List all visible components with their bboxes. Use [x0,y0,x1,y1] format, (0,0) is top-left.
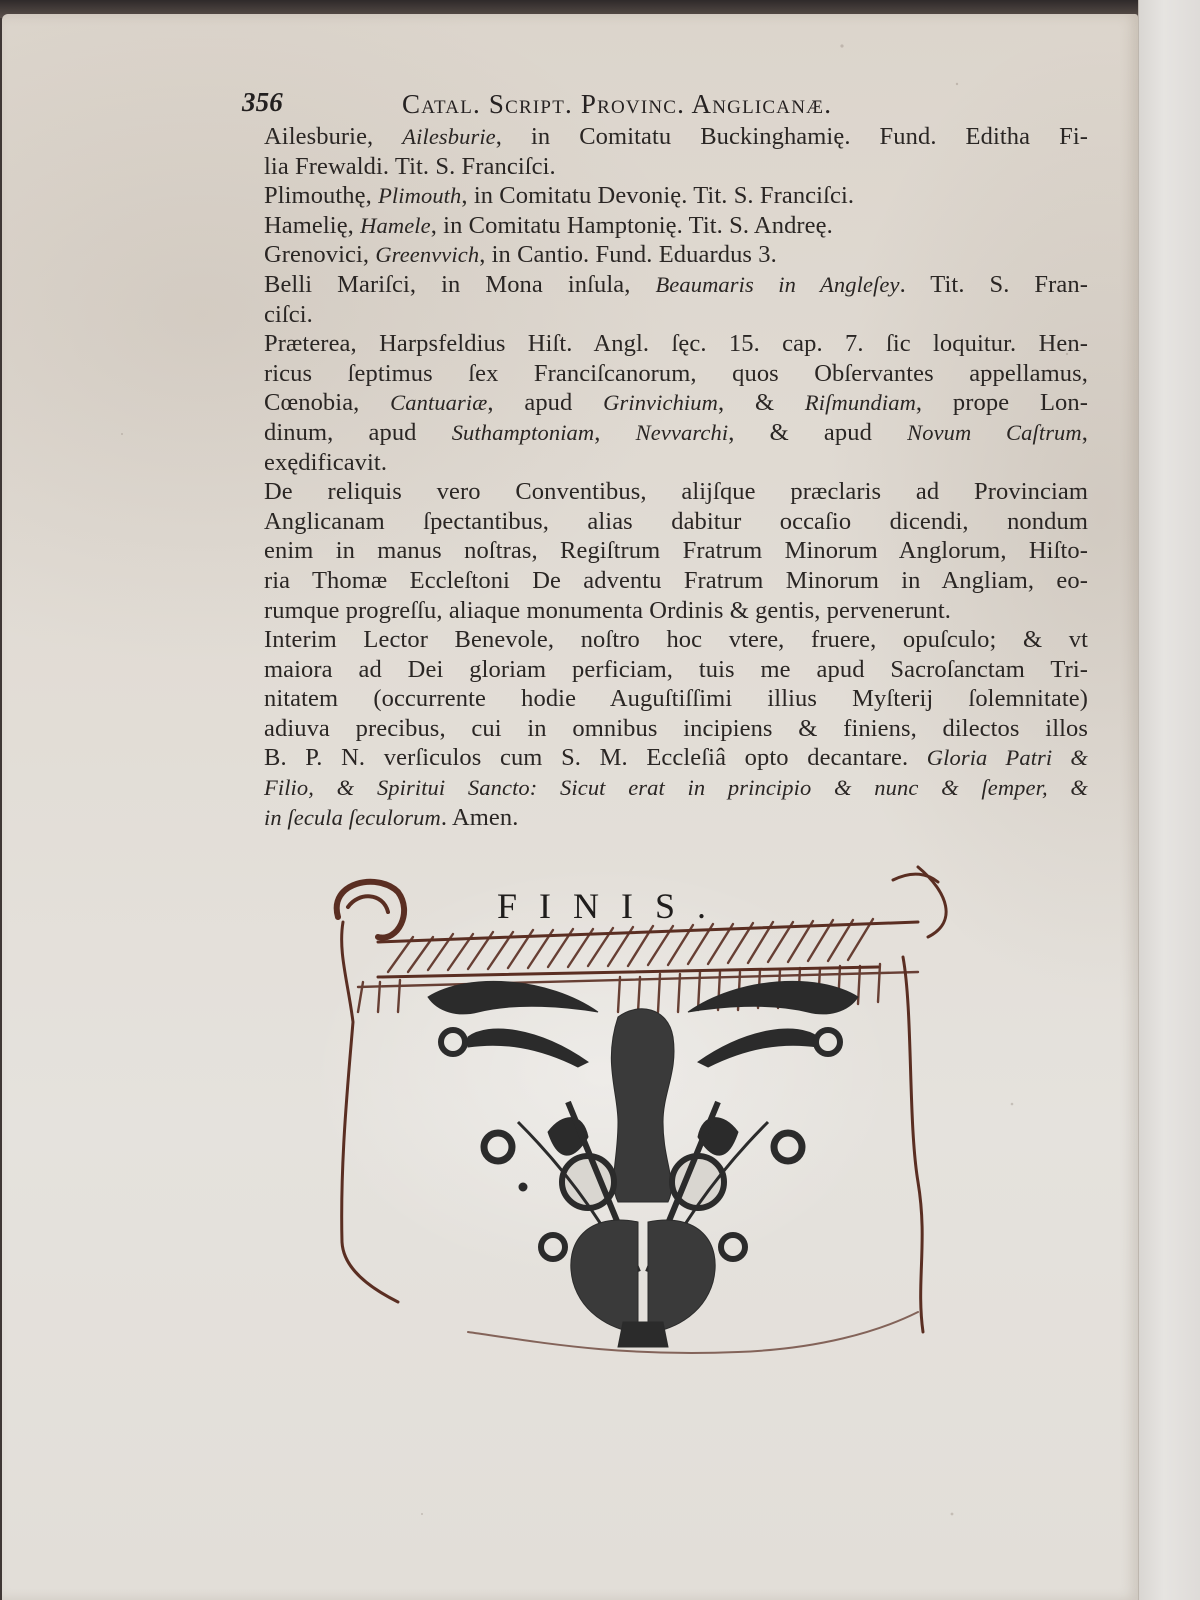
woodcut-grotesque [428,981,858,1347]
text-line: enim in manus noſtras, Regiſtrum Fratrum… [242,536,1088,566]
text-line: maiora ad Dei gloriam perficiam, tuis me… [242,655,1088,685]
text-line: Hamelię, Hamele, in Comitatu Hamptonię. … [242,211,1088,241]
text-paragraph: Ailesburie, Ailesburie, in Comitatu Buck… [242,122,1088,181]
text-line: Præterea, Harpsfeldius Hiſt. Angl. ſęc. … [242,329,1088,359]
photo-scene: 356 Catal. Script. Provinc. Anglicanæ. A… [0,0,1200,1600]
running-head: 356 Catal. Script. Provinc. Anglicanæ. [242,90,1088,122]
text-paragraph: Plimouthę, Plimouth, in Comitatu Devonię… [242,181,1088,211]
text-paragraph: Præterea, Harpsfeldius Hiſt. Angl. ſęc. … [242,329,1088,477]
text-line: Cœnobia, Cantuariæ, apud Grinvichium, & … [242,388,1088,418]
text-line: exędificavit. [242,448,1088,478]
text-line: ria Thomæ Eccleſtoni De adventu Fratrum … [242,566,1088,596]
running-head-title: Catal. Script. Provinc. Anglicanæ. [402,90,832,120]
body-text: Ailesburie, Ailesburie, in Comitatu Buck… [242,122,1088,832]
finis-label: FINIS. [497,885,728,927]
text-paragraph: Belli Mariſci, in Mona inſula, Beaumaris… [242,270,1088,329]
text-line: Filio, & Spiritui Sancto: Sicut erat in … [242,773,1088,803]
text-line: nitatem (occurrente hodie Auguſtiſſimi i… [242,684,1088,714]
text-line: Grenovici, Greenvvich, in Cantio. Fund. … [242,240,1088,270]
text-line: Plimouthę, Plimouth, in Comitatu Devonię… [242,181,1088,211]
text-line: B. P. N. verſiculos cum S. M. Eccleſiâ o… [242,743,1088,773]
text-line: Anglicanam ſpectantibus, alias dabitur o… [242,507,1088,537]
text-line: Ailesburie, Ailesburie, in Comitatu Buck… [242,122,1088,152]
text-line: Belli Mariſci, in Mona inſula, Beaumaris… [242,270,1088,300]
text-line: rumque progreſſu, aliaque monumenta Ordi… [242,596,1088,626]
text-paragraph: Grenovici, Greenvvich, in Cantio. Fund. … [242,240,1088,270]
page-number: 356 [242,88,283,118]
text-paragraph: Interim Lector Benevole, noſtro hoc vter… [242,625,1088,832]
text-line: De reliquis vero Conventibus, alijſque p… [242,477,1088,507]
text-paragraph: De reliquis vero Conventibus, alijſque p… [242,477,1088,625]
text-line: ciſci. [242,300,1088,330]
text-line: adiuva precibus, cui in omnibus incipien… [242,714,1088,744]
text-line: lia Frewaldi. Tit. S. Franciſci. [242,152,1088,182]
tailpiece-ornament [318,862,958,1392]
text-line: ricus ſeptimus ſex Franciſcanorum, quos … [242,359,1088,389]
facing-page-edge [1138,0,1200,1600]
text-line: dinum, apud Suthamptoniam, Nevvarchi, & … [242,418,1088,448]
text-line: in ſecula ſeculorum. Amen. [242,803,1088,833]
text-paragraph: Hamelię, Hamele, in Comitatu Hamptonię. … [242,211,1088,241]
printed-text: 356 Catal. Script. Provinc. Anglicanæ. A… [242,90,1088,832]
text-line: Interim Lector Benevole, noſtro hoc vter… [242,625,1088,655]
